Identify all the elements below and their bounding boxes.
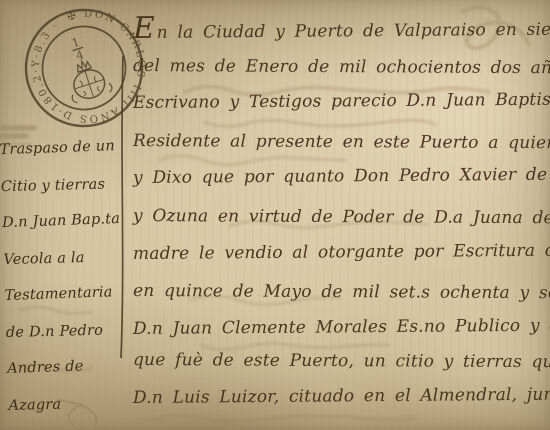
body-line: que fuè de este Puerto, un citio y tierr… xyxy=(133,342,550,382)
body-line: D.n Luis Luizor, cituado en el Almendral… xyxy=(133,377,550,418)
body-line: y Ozuna en virtud de Poder de D.a Juana … xyxy=(133,198,550,238)
body-line: y Dixo que por quanto Don Pedro Xavier d… xyxy=(133,157,550,198)
body-line: Escrivano y Testigos parecio D.n Juan Ba… xyxy=(133,82,550,123)
manuscript-page: ✠ DON·CARLOS·IIII·AÑOS D·180.2·Y·8.3 · 1… xyxy=(0,0,550,430)
body-line: en quince de Mayo de mil set.s ochenta y… xyxy=(133,273,550,313)
body-line: madre le vendio al otorgante por Escritu… xyxy=(133,232,550,273)
deed-body-text: En la Ciudad y Puerto de Valparaiso en s… xyxy=(133,10,550,424)
body-line: En la Ciudad y Puerto de Valparaiso en s… xyxy=(133,7,550,48)
